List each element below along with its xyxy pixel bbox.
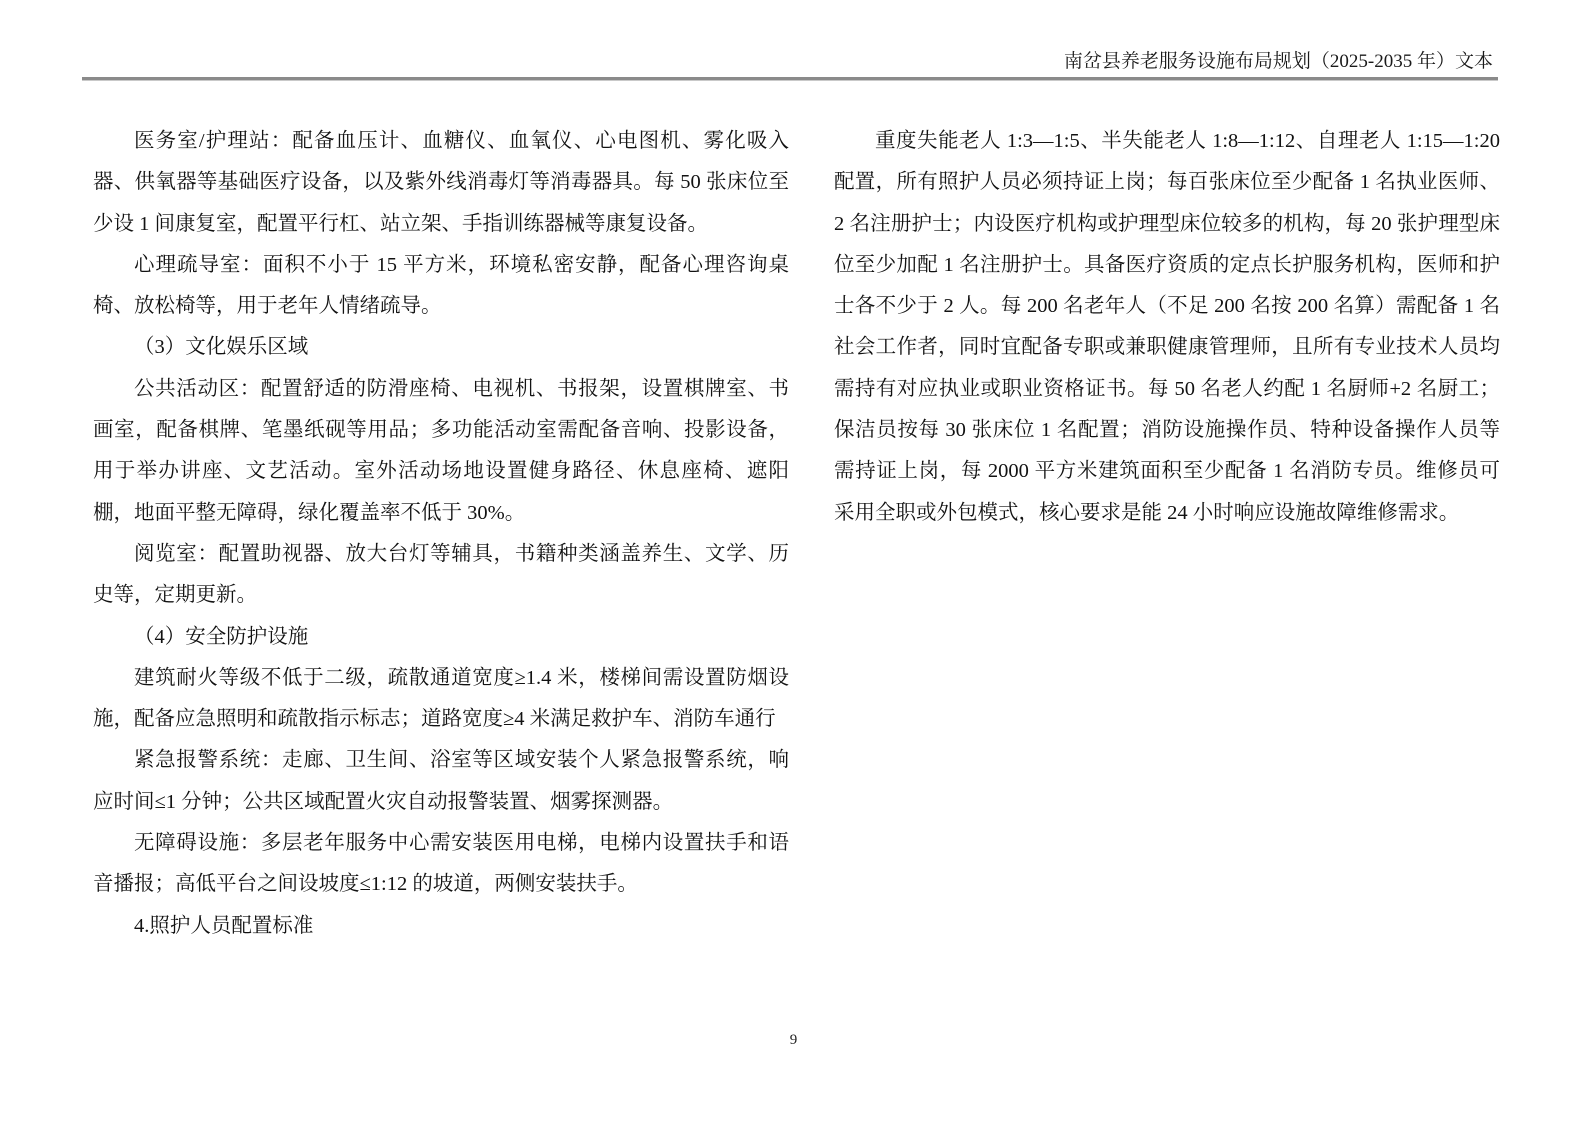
paragraph-staffing-ratios: 重度失能老人 1:3—1:5、半失能老人 1:8—1:12、自理老人 1:15—… [834, 121, 1500, 534]
paragraph-emergency-alarm: 紧急报警系统：走廊、卫生间、浴室等区域安装个人紧急报警系统，响应时间≤1 分钟；… [93, 740, 789, 823]
paragraph-reading-room: 阅览室：配置助视器、放大台灯等辅具，书籍种类涵盖养生、文学、历史等，定期更新。 [93, 534, 789, 617]
section-heading-safety-facilities: （4）安全防护设施 [93, 617, 789, 658]
right-text-column: 重度失能老人 1:3—1:5、半失能老人 1:8—1:12、自理老人 1:15—… [834, 121, 1500, 534]
left-text-column: 医务室/护理站：配备血压计、血糖仪、血氧仪、心电图机、雾化吸入器、供氧器等基础医… [93, 121, 789, 947]
section-heading-caregiver-standard: 4.照护人员配置标准 [93, 906, 789, 947]
page-number: 9 [0, 1032, 1587, 1049]
paragraph-barrier-free: 无障碍设施：多层老年服务中心需安装医用电梯，电梯内设置扶手和语音播报；高低平台之… [93, 823, 789, 906]
paragraph-medical-room: 医务室/护理站：配备血压计、血糖仪、血氧仪、心电图机、雾化吸入器、供氧器等基础医… [93, 121, 789, 245]
paragraph-fire-resistance: 建筑耐火等级不低于二级，疏散通道宽度≥1.4 米，楼梯间需设置防烟设施，配备应急… [93, 658, 789, 741]
paragraph-counseling-room: 心理疏导室：面积不小于 15 平方米，环境私密安静，配备心理咨询桌椅、放松椅等，… [93, 245, 789, 328]
paragraph-public-activity-area: 公共活动区：配置舒适的防滑座椅、电视机、书报架，设置棋牌室、书画室，配备棋牌、笔… [93, 369, 789, 534]
header-divider-rule [82, 77, 1498, 81]
section-heading-culture-area: （3）文化娱乐区域 [93, 327, 789, 368]
document-header-title: 南岔县养老服务设施布局规划（2025-2035 年）文本 [1064, 50, 1493, 74]
